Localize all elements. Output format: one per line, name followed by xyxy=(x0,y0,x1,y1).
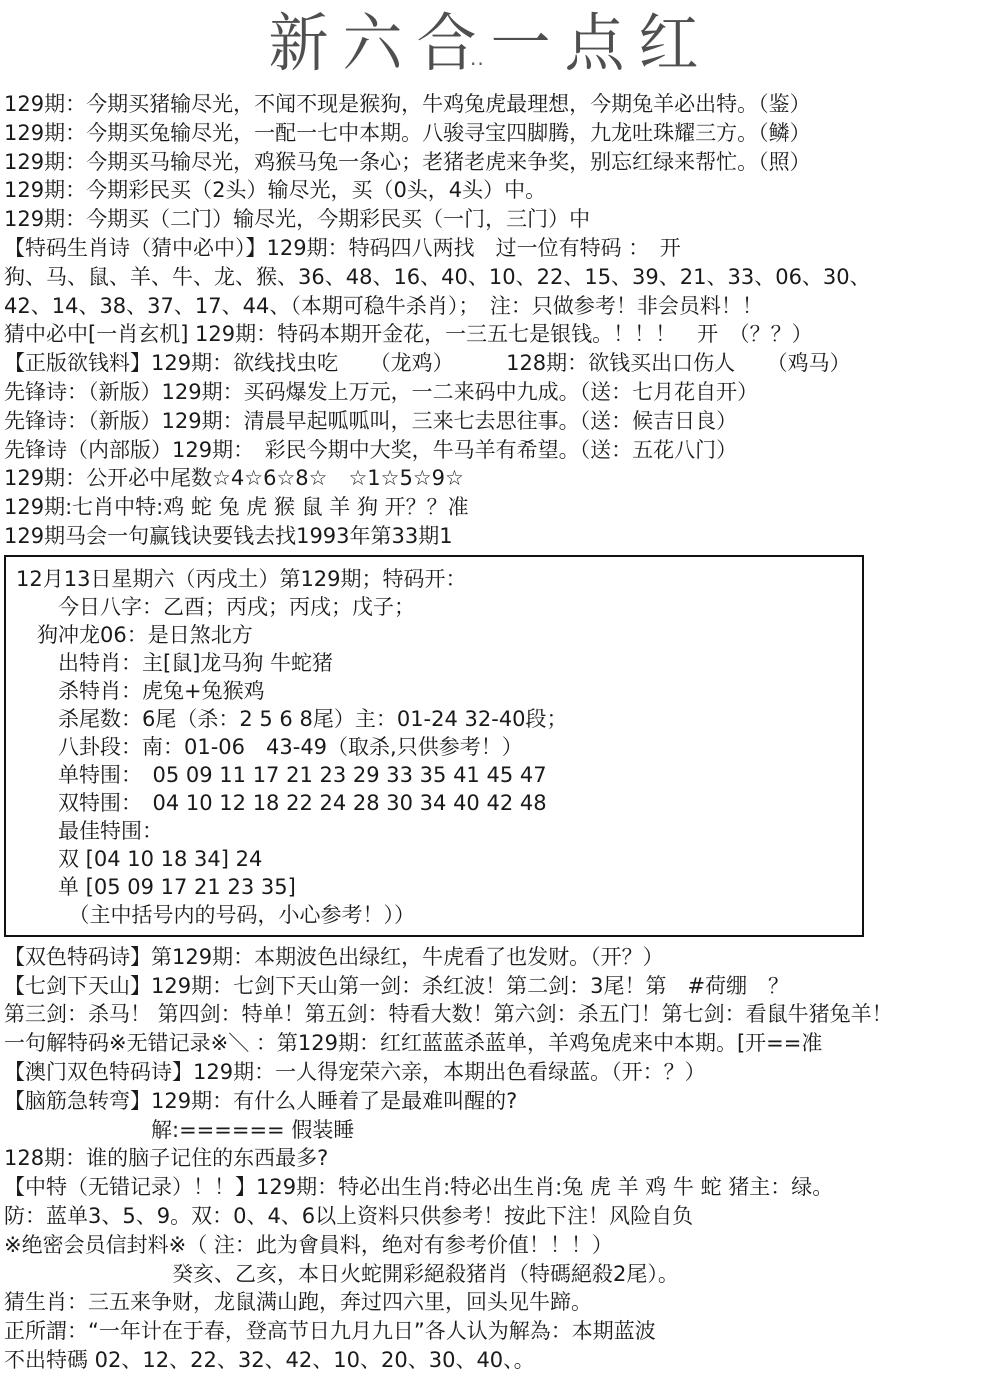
box-text-line: 12月13日星期六（丙戌土）第129期；特码开： xyxy=(16,565,852,593)
text-line: 猜中必中[一肖玄机] 129期：特码本期开金花，一三五七是银钱。！！！ 开 （？… xyxy=(4,320,981,349)
text-line: 正所謂：“一年计在于春，登高节日九月九日”各人认为解為：本期蓝波 xyxy=(4,1317,981,1346)
text-line: 防：蓝单3、5、9。双：0、4、6以上资料只供参考！按此下注！风险自负 xyxy=(4,1202,981,1231)
text-line: 【中特（无错记录）！！】129期：特必出生肖:特必出生肖:兔 虎 羊 鸡 牛 蛇… xyxy=(4,1173,981,1202)
box-text-line: 最佳特围： xyxy=(16,817,852,845)
special-code-box: 12月13日星期六（丙戌土）第129期；特码开： 今日八字：乙酉；丙戌；丙戌；戊… xyxy=(4,555,864,937)
text-line: 猜生肖：三五来争财，龙鼠满山跑，奔过四六里，回头见牛蹄。 xyxy=(4,1288,981,1317)
box-text-line: （主中括号内的号码，小心参考！）） xyxy=(16,901,852,929)
page-title: 新六合一点红 xyxy=(269,0,713,90)
box-text-line: 八卦段：南：01-06 43-49（取杀,只供参考！） xyxy=(16,733,852,761)
text-line: 129期：今期彩民买（2头）输尽光，买（0头，4头）中。 xyxy=(4,176,981,205)
text-line: 129期：今期买马输尽光，鸡猴马兔一条心；老猪老虎来争奖，别忘红绿来帮忙。（照） xyxy=(4,148,981,177)
box-text-line: 今日八字：乙酉；丙戌；丙戌；戊子； xyxy=(16,593,852,621)
text-line: 癸亥、乙亥，本日火蛇開彩絕殺猪肖（特碼絕殺2尾）。 xyxy=(4,1260,981,1289)
text-line: 129期:七肖中特:鸡 蛇 兔 虎 猴 鼠 羊 狗 开？？准 xyxy=(4,493,981,522)
text-line: 【正版欲钱料】129期：欲线找虫吃 （龙鸡） 128期：欲钱买出口伤人 （鸡马） xyxy=(4,349,981,378)
text-line: 128期：谁的脑子记住的东西最多? xyxy=(4,1144,981,1173)
title-dots-mark: .. xyxy=(470,46,485,70)
text-line: 一句解特码※无错记录※＼ ：第129期：红红蓝蓝杀蓝单，羊鸡兔虎来中本期。[开=… xyxy=(4,1029,981,1058)
text-line: 先锋诗（内部版）129期： 彩民今期中大奖，牛马羊有希望。（送：五花八门） xyxy=(4,436,981,465)
bottom-section: 【双色特码诗】第129期：本期波色出绿红，牛虎看了也发财。（开？）【七剑下天山】… xyxy=(0,943,981,1375)
text-line: 129期：今期买猪输尽光，不闻不现是猴狗，牛鸡兔虎最理想，今期兔羊必出特。（鉴） xyxy=(4,90,981,119)
text-line: 129期：今期买（二门）输尽光，今期彩民买（一门，三门）中 xyxy=(4,205,981,234)
box-text-line: 双 [04 10 18 34] 24 xyxy=(16,845,852,873)
text-line: 【脑筋急转弯】129期：有什么人睡着了是最难叫醒的? xyxy=(4,1087,981,1116)
text-line: 先锋诗：（新版）129期：买码爆发上万元，一二来码中九成。（送：七月花自开） xyxy=(4,378,981,407)
text-line: 【七剑下天山】129期：七剑下天山第一剑：杀红波！第二剑：3尾！第 #荷绷 ？ xyxy=(4,972,981,1001)
text-line: 狗、马、鼠、羊、牛、龙、猴、36、48、16、40、10、22、15、39、21… xyxy=(4,263,981,292)
box-text-line: 双特围： 04 10 12 18 22 24 28 30 34 40 42 48 xyxy=(16,789,852,817)
text-line: 129期：今期买兔输尽光，一配一七中本期。八骏寻宝四脚腾，九龙吐珠耀三方。（鳞） xyxy=(4,119,981,148)
text-line: 42、14、38、37、17、44、（本期可稳牛杀肖）； 注：只做参考！非会员料… xyxy=(4,292,981,321)
text-line: ※绝密会员信封料※（ 注：此为會員料，绝对有参考价值！！！） xyxy=(4,1231,981,1260)
text-line: 129期马会一句赢钱诀要钱去找1993年第33期1 xyxy=(4,522,981,551)
box-text-line: 单 [05 09 17 21 23 35] xyxy=(16,873,852,901)
box-text-line: 杀特肖：虎兔+兔猴鸡 xyxy=(16,677,852,705)
top-section: 129期：今期买猪输尽光，不闻不现是猴狗，牛鸡兔虎最理想，今期兔羊必出特。（鉴）… xyxy=(0,90,981,551)
box-text-line: 狗冲龙06：是日煞北方 xyxy=(16,621,852,649)
text-line: 129期：公开必中尾数☆4☆6☆8☆ ☆1☆5☆9☆ xyxy=(4,464,981,493)
box-text-line: 单特围： 05 09 11 17 21 23 29 33 35 41 45 47 xyxy=(16,761,852,789)
box-text-line: 出特肖：主[鼠]龙马狗 牛蛇猪 xyxy=(16,649,852,677)
text-line: 【澳门双色特码诗】129期：一人得宠荣六亲，本期出色看绿蓝。（开：？） xyxy=(4,1058,981,1087)
text-line: 解:====== 假装睡 xyxy=(4,1116,981,1145)
lottery-tip-sheet: 新六合一点红 .. 129期：今期买猪输尽光，不闻不现是猴狗，牛鸡兔虎最理想，今… xyxy=(0,0,981,1375)
text-line: 【双色特码诗】第129期：本期波色出绿红，牛虎看了也发财。（开？） xyxy=(4,943,981,972)
text-line: 不出特碼 02、12、22、32、42、10、20、30、40、。 xyxy=(4,1346,981,1375)
title-area: 新六合一点红 .. xyxy=(0,0,981,90)
box-text-line: 杀尾数：6尾（杀：2 5 6 8尾）主：01-24 32-40段； xyxy=(16,705,852,733)
text-line: 第三剑：杀马！ 第四剑：特单！第五剑：特看大数！第六剑：杀五门！第七剑：看鼠牛猪… xyxy=(4,1000,981,1029)
text-line: 【特码生肖诗（猜中必中）】129期：特码四八两找 过一位有特码 ： 开 xyxy=(4,234,981,263)
text-line: 先锋诗：（新版）129期：清晨早起呱呱叫，三来七去思往事。（送：候吉日良） xyxy=(4,407,981,436)
